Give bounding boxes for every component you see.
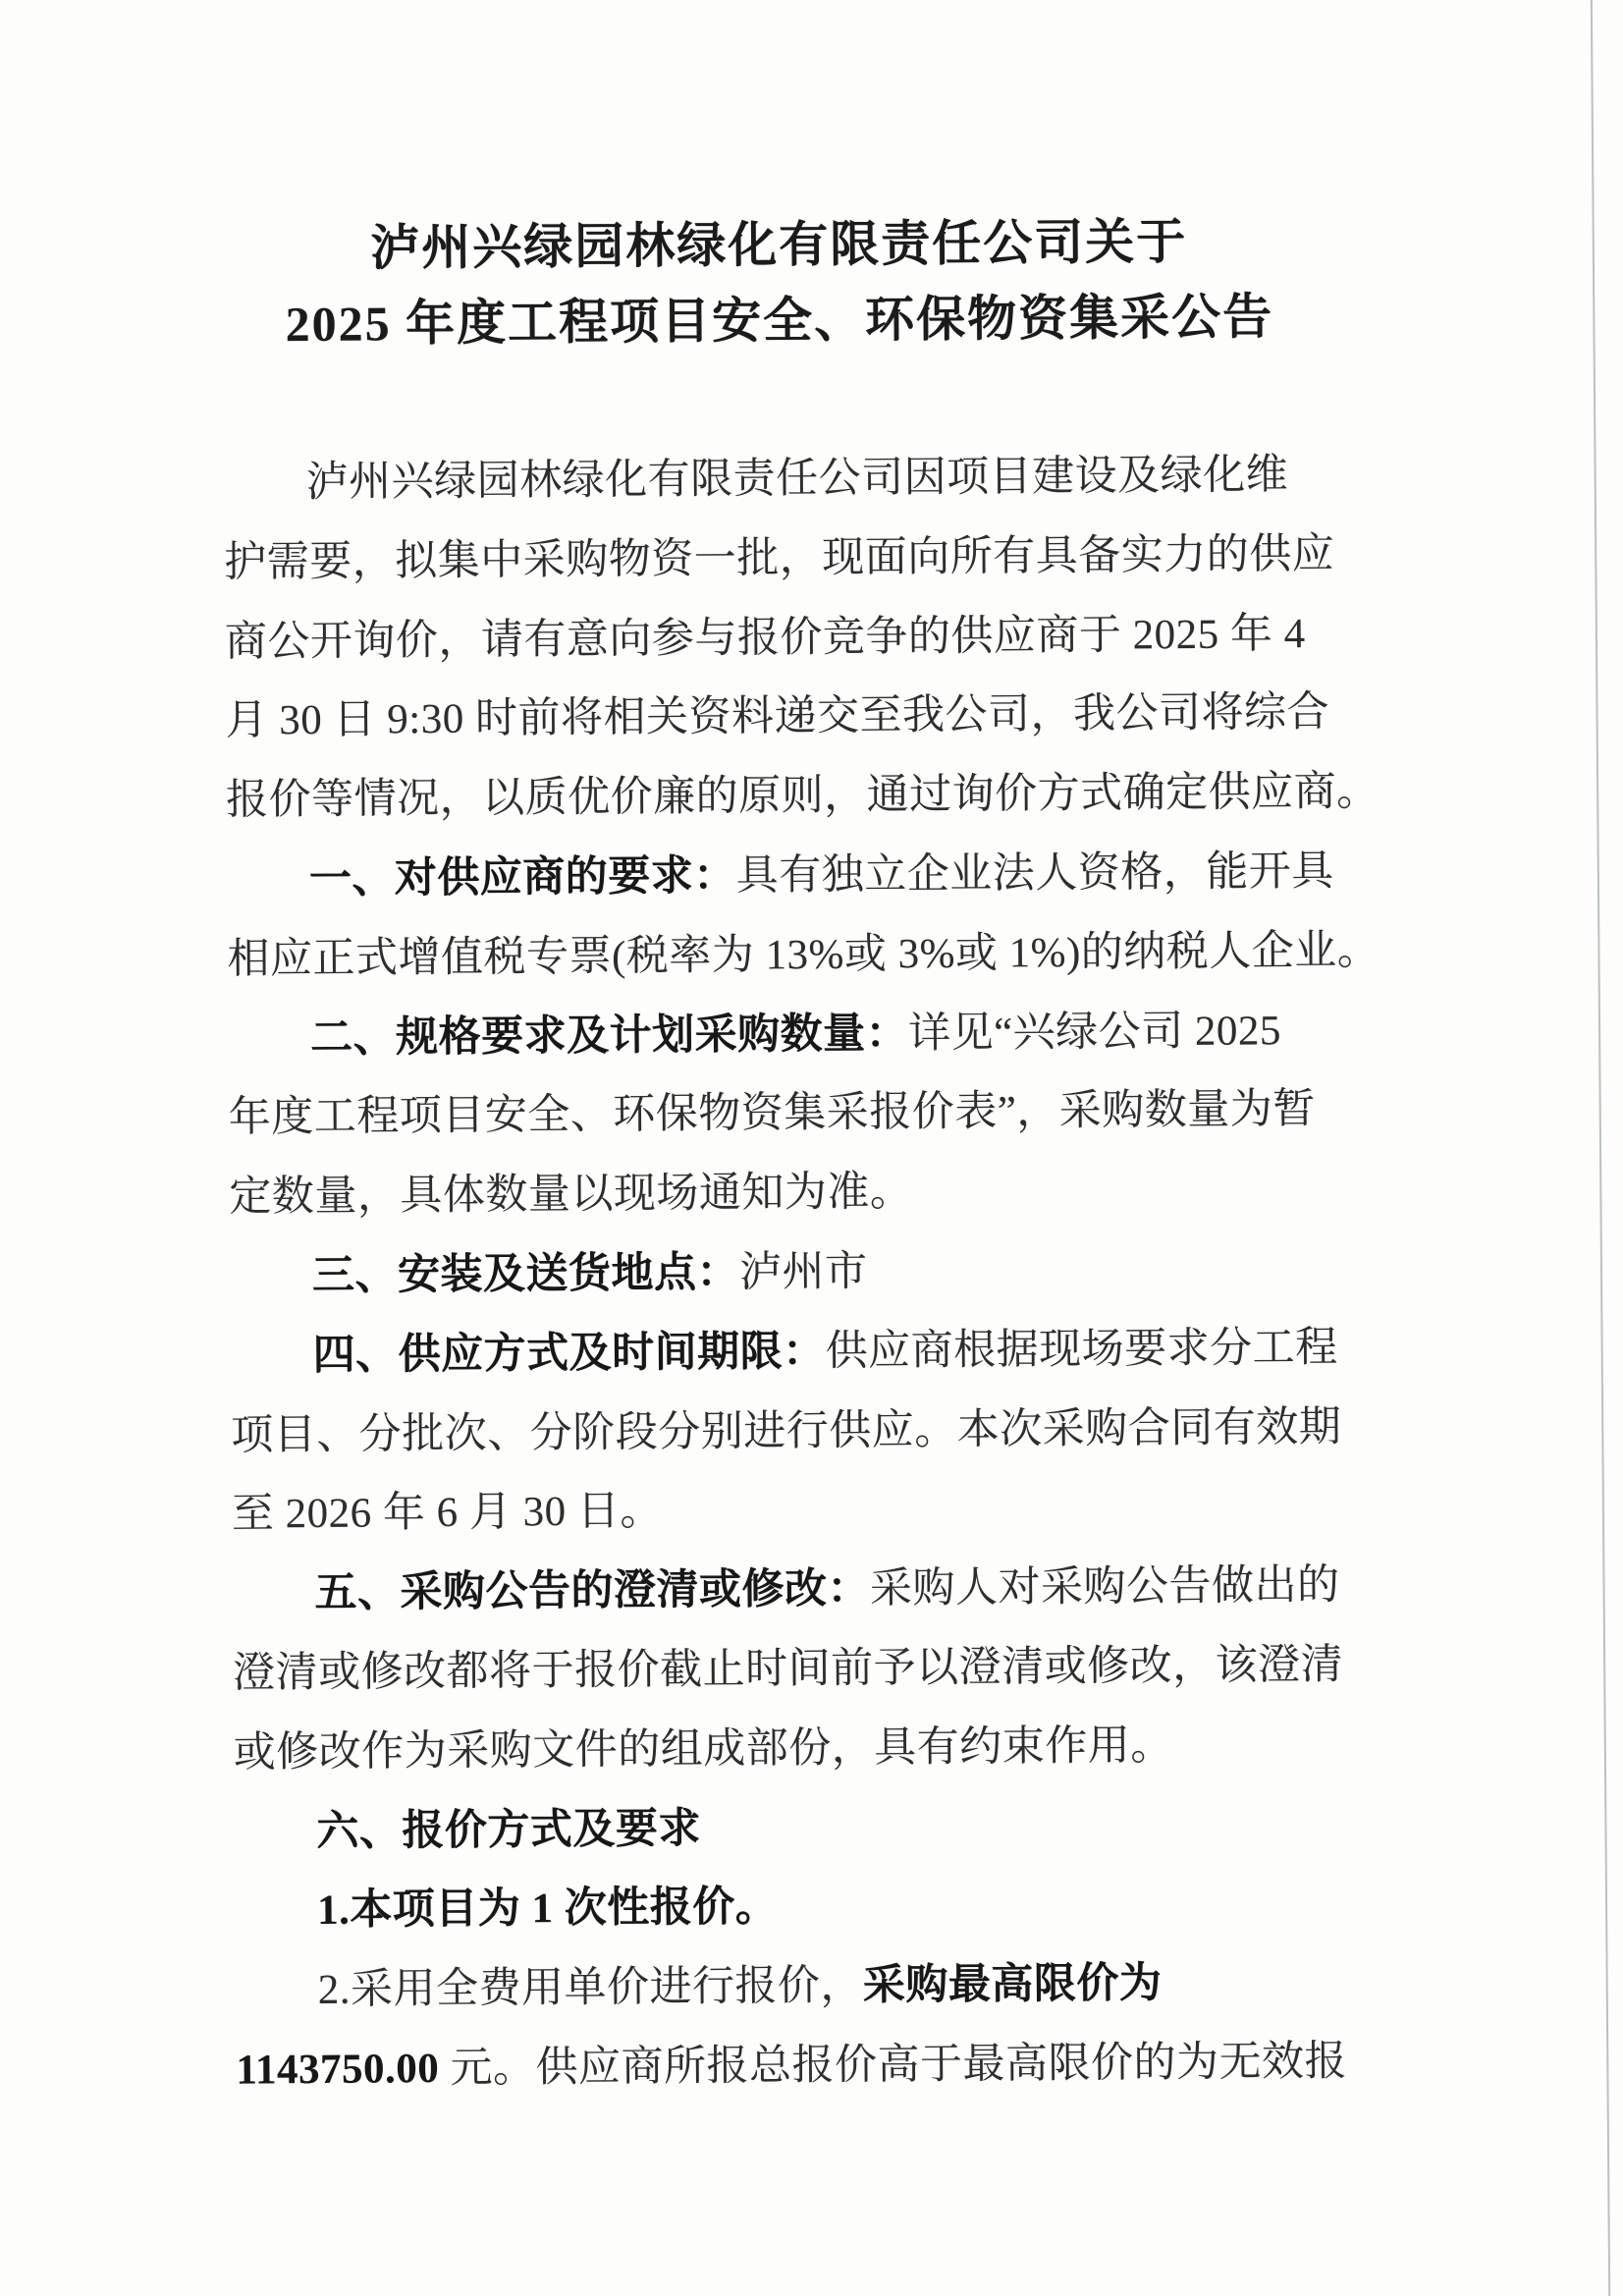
body-text-bold: 六、报价方式及要求 — [316, 1805, 701, 1854]
body-line: 或修改作为采购文件的组成部份，具有约束作用。 — [234, 1705, 1433, 1793]
body-text: 泸州兴绿园林绿化有限责任公司因项目建设及绿化维 — [305, 452, 1288, 506]
body-text: 报价等情况，以质优价廉的原则，通过询价方式确定供应商。 — [226, 769, 1380, 824]
body-line: 2.采用全费用单价进行报价，采购最高限价为 — [235, 1942, 1434, 2031]
body-line: 月 30 日 9:30 时前将相关资料递交至我公司，我公司将综合 — [225, 673, 1424, 761]
body-line: 1143750.00 元。供应商所报总报价高于最高限价的为无效报 — [236, 2022, 1434, 2110]
body-line: 相应正式增值税专票(税率为 13%或 3%或 1%)的纳税人企业。 — [227, 911, 1426, 1000]
body-text: 商公开询价，请有意向参与报价竞争的供应商于 2025 年 4 — [225, 611, 1306, 666]
body-text: 2.采用全费用单价进行报价， — [318, 1963, 864, 2013]
body-text: 护需要，拟集中采购物资一批，现面向所有具备实力的供应 — [224, 531, 1334, 586]
body-text: 年度工程项目安全、环保物资集采报价表”，采购数量为暂 — [229, 1086, 1316, 1141]
body-line: 商公开询价，请有意向参与报价竞争的供应商于 2025 年 4 — [225, 594, 1424, 683]
body-text-bold: 二、规格要求及计划采购数量： — [310, 1011, 908, 1062]
document-body: 泸州兴绿园林绿化有限责任公司因项目建设及绿化维护需要，拟集中采购物资一批，现面向… — [223, 435, 1434, 2110]
body-text: 项目、分批次、分阶段分别进行供应。本次采购合同有效期 — [231, 1403, 1341, 1458]
body-text: 澄清或修改都将于报价截止时间前予以澄清或修改，该澄清 — [233, 1642, 1343, 1697]
body-text: 供应商根据现场要求分工程 — [825, 1325, 1337, 1375]
body-line: 一、对供应商的要求：具有独立企业法人资格，能开具 — [227, 832, 1426, 920]
body-text-bold: 四、供应方式及时间期限： — [312, 1329, 825, 1379]
title-line-1: 泸州兴绿园林绿化有限责任公司关于 — [221, 203, 1336, 288]
body-line: 四、供应方式及时间期限：供应商根据现场要求分工程 — [230, 1308, 1429, 1396]
body-line: 六、报价方式及要求 — [234, 1784, 1433, 1873]
scan-content: 泸州兴绿园林绿化有限责任公司关于 2025 年度工程项目安全、环保物资集采公告 … — [0, 0, 1623, 2296]
body-text: 或修改作为采购文件的组成部份，具有约束作用。 — [234, 1722, 1173, 1777]
body-text: 详见“兴绿公司 2025 — [908, 1008, 1281, 1057]
body-line: 澄清或修改都将于报价截止时间前予以澄清或修改，该澄清 — [233, 1625, 1432, 1714]
body-line: 泸州兴绿园林绿化有限责任公司因项目建设及绿化维 — [223, 435, 1422, 523]
body-text-bold: 1143750.00 — [236, 2046, 439, 2094]
body-text: 相应正式增值税专票(税率为 13%或 3%或 1%)的纳税人企业。 — [227, 927, 1380, 982]
body-line: 报价等情况，以质优价廉的原则，通过询价方式确定供应商。 — [226, 752, 1425, 841]
body-line: 至 2026 年 6 月 30 日。 — [232, 1466, 1431, 1555]
body-text: 泸州市 — [739, 1249, 868, 1296]
body-text-bold: 采购最高限价为 — [863, 1960, 1163, 2008]
body-text: 至 2026 年 6 月 30 日。 — [232, 1489, 663, 1538]
scanned-document-page: 泸州兴绿园林绿化有限责任公司关于 2025 年度工程项目安全、环保物资集采公告 … — [0, 0, 1623, 2296]
body-text-bold: 三、安装及送货地点： — [312, 1250, 739, 1299]
body-line: 二、规格要求及计划采购数量：详见“兴绿公司 2025 — [228, 991, 1427, 1079]
body-text: 月 30 日 9:30 时前将相关资料递交至我公司，我公司将综合 — [225, 689, 1329, 744]
title-line-2: 2025 年度工程项目安全、环保物资集采公告 — [222, 279, 1337, 363]
body-text: 具有独立企业法人资格，能开具 — [736, 848, 1334, 900]
body-line: 年度工程项目安全、环保物资集采报价表”，采购数量为暂 — [228, 1069, 1427, 1158]
body-text-bold: 1.本项目为 1 次性报价。 — [317, 1885, 779, 1935]
body-line: 1.本项目为 1 次性报价。 — [235, 1863, 1434, 1951]
body-line: 定数量，具体数量以现场通知为准。 — [229, 1149, 1428, 1237]
body-line: 项目、分批次、分阶段分别进行供应。本次采购合同有效期 — [231, 1388, 1430, 1476]
body-line: 三、安装及送货地点：泸州市 — [230, 1229, 1429, 1317]
body-text: 采购人对采购公告做出的 — [870, 1562, 1340, 1613]
body-line: 护需要，拟集中采购物资一批，现面向所有具备实力的供应 — [224, 515, 1423, 603]
body-text: 元。供应商所报总报价高于最高限价的为无效报 — [439, 2039, 1347, 2092]
document-title: 泸州兴绿园林绿化有限责任公司关于 2025 年度工程项目安全、环保物资集采公告 — [221, 203, 1336, 363]
body-text-bold: 五、采购公告的澄清或修改： — [314, 1566, 870, 1616]
body-line: 五、采购公告的澄清或修改：采购人对采购公告做出的 — [232, 1546, 1431, 1634]
body-text-bold: 一、对供应商的要求： — [309, 853, 736, 902]
body-text: 定数量，具体数量以现场通知为准。 — [229, 1169, 912, 1220]
scanner-edge-artifact — [1591, 0, 1611, 2296]
